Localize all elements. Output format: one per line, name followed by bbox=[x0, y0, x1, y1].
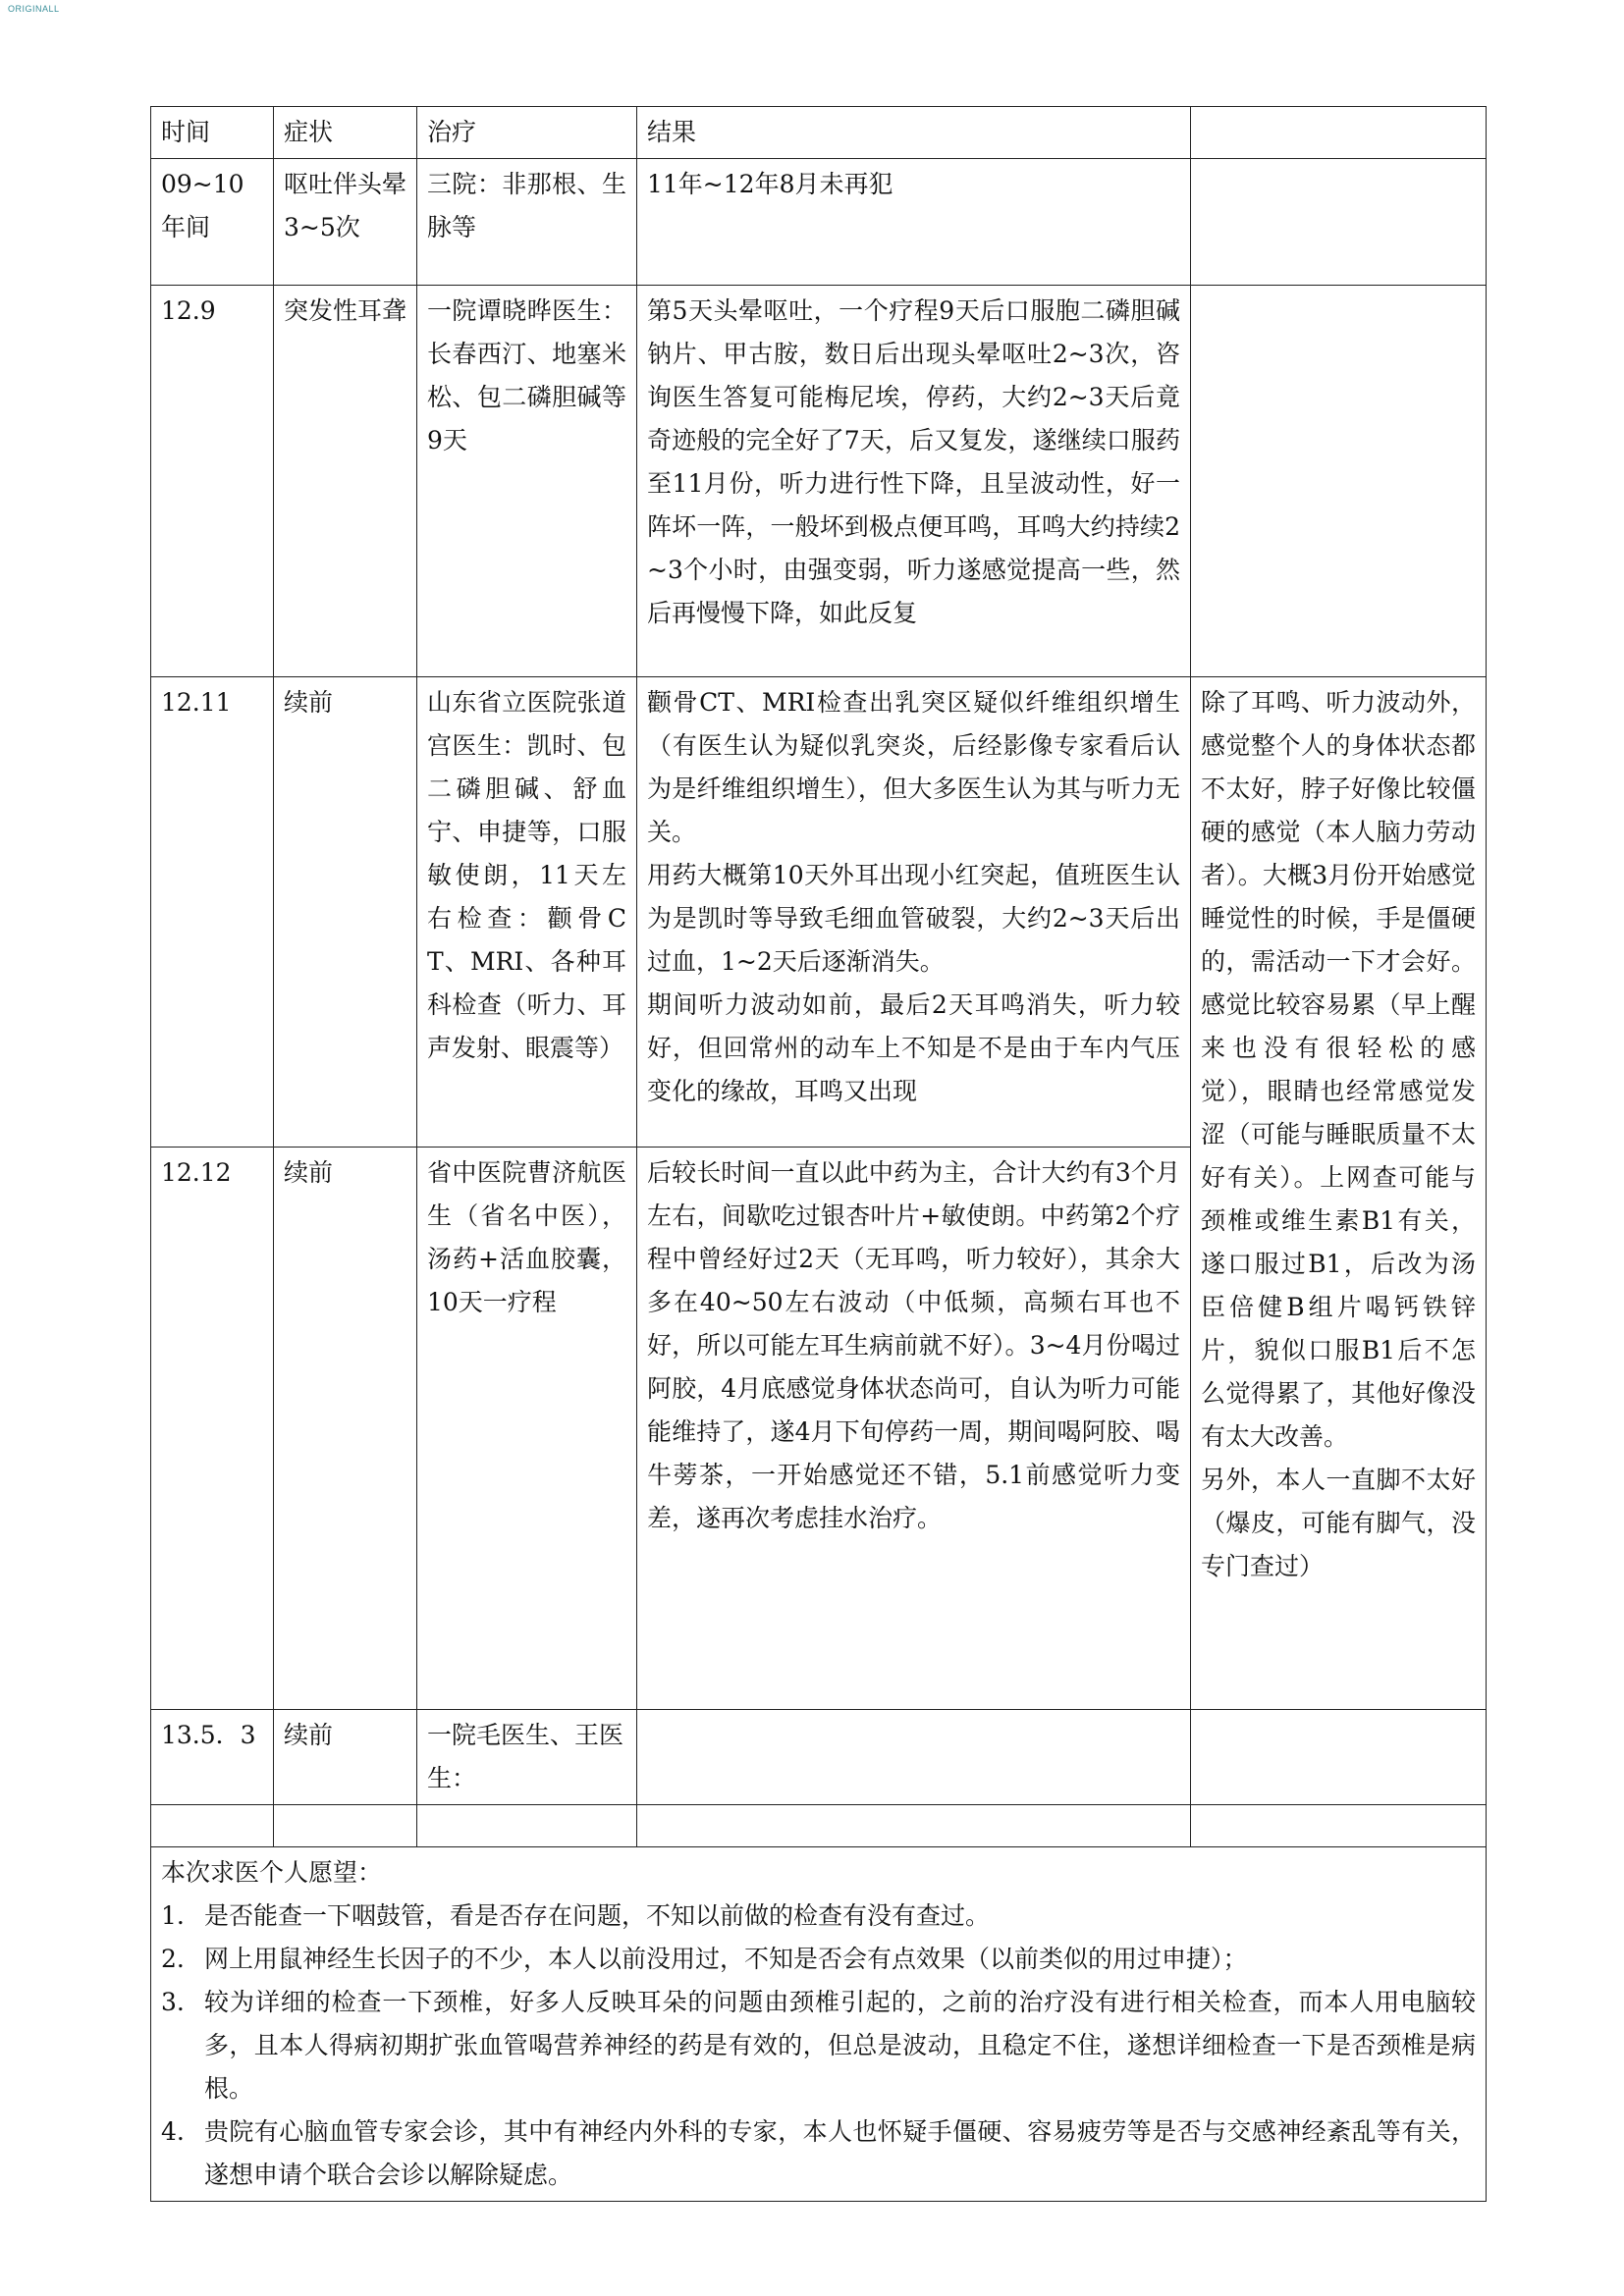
table-row: 12.11 续前 山东省立医院张道宫医生：凯时、包二磷胆碱、舒血宁、申捷等，口服… bbox=[151, 677, 1487, 1148]
cell-treatment: 一院谭晓晔医生：长春西汀、地塞米松、包二磷胆碱等9天 bbox=[417, 286, 637, 677]
wishes-title: 本次求医个人愿望： bbox=[161, 1851, 1476, 1895]
cell-time: 12.11 bbox=[151, 677, 274, 1148]
cell-result: 颧骨CT、MRI检查出乳突区疑似纤维组织增生（有医生认为疑似乳突炎，后经影像专家… bbox=[637, 677, 1191, 1148]
table-row: 13.5．3 续前 一院毛医生、王医生： bbox=[151, 1710, 1487, 1805]
cell-result bbox=[637, 1710, 1191, 1805]
wish-item: 1. 是否能查一下咽鼓管，看是否存在问题，不知以前做的检查有没有查过。 bbox=[161, 1895, 1476, 1938]
cell-result: 11年~12年8月未再犯 bbox=[637, 159, 1191, 286]
cell-symptom: 续前 bbox=[274, 677, 417, 1148]
wish-item: 3. 较为详细的检查一下颈椎，好多人反映耳朵的问题由颈椎引起的，之前的治疗没有进… bbox=[161, 1981, 1476, 2110]
wish-number: 2. bbox=[161, 1938, 204, 1981]
cell-time bbox=[151, 1805, 274, 1847]
cell-time: 12.12 bbox=[151, 1148, 274, 1710]
cell-result: 后较长时间一直以此中药为主，合计大约有3个月左右，间歇吃过银杏叶片+敏使朗。中药… bbox=[637, 1148, 1191, 1710]
result-paragraph: 颧骨CT、MRI检查出乳突区疑似纤维组织增生（有医生认为疑似乳突炎，后经影像专家… bbox=[647, 681, 1180, 854]
watermark-logo: ORIGINALL bbox=[8, 4, 60, 14]
cell-note bbox=[1191, 159, 1487, 286]
table-row-empty bbox=[151, 1805, 1487, 1847]
header-time: 时间 bbox=[151, 107, 274, 159]
header-note bbox=[1191, 107, 1487, 159]
cell-note bbox=[1191, 1710, 1487, 1805]
cell-treatment: 山东省立医院张道宫医生：凯时、包二磷胆碱、舒血宁、申捷等，口服敏使朗，11天左右… bbox=[417, 677, 637, 1148]
medical-history-table: 时间 症状 治疗 结果 09~10年间 呕吐伴头晕3~5次 三院：非那根、生脉等… bbox=[150, 106, 1487, 2202]
table-row: 12.9 突发性耳聋 一院谭晓晔医生：长春西汀、地塞米松、包二磷胆碱等9天 第5… bbox=[151, 286, 1487, 677]
table-row: 09~10年间 呕吐伴头晕3~5次 三院：非那根、生脉等 11年~12年8月未再… bbox=[151, 159, 1487, 286]
wish-item: 4. 贵院有心脑血管专家会诊，其中有神经内外科的专家，本人也怀疑手僵硬、容易疲劳… bbox=[161, 2110, 1476, 2197]
cell-result: 第5天头晕呕吐，一个疗程9天后口服胞二磷胆碱钠片、甲古胺，数日后出现头晕呕吐2~… bbox=[637, 286, 1191, 677]
wish-text: 较为详细的检查一下颈椎，好多人反映耳朵的问题由颈椎引起的，之前的治疗没有进行相关… bbox=[204, 1981, 1476, 2110]
wishes-row: 本次求医个人愿望： 1. 是否能查一下咽鼓管，看是否存在问题，不知以前做的检查有… bbox=[151, 1847, 1487, 2202]
table-header-row: 时间 症状 治疗 结果 bbox=[151, 107, 1487, 159]
wishes-cell: 本次求医个人愿望： 1. 是否能查一下咽鼓管，看是否存在问题，不知以前做的检查有… bbox=[151, 1847, 1487, 2202]
wish-number: 3. bbox=[161, 1981, 204, 2110]
cell-symptom: 呕吐伴头晕3~5次 bbox=[274, 159, 417, 286]
cell-treatment: 三院：非那根、生脉等 bbox=[417, 159, 637, 286]
cell-result bbox=[637, 1805, 1191, 1847]
note-paragraph: 除了耳鸣、听力波动外，感觉整个人的身体状态都不太好，脖子好像比较僵硬的感觉（本人… bbox=[1201, 681, 1476, 1459]
result-paragraph: 用药大概第10天外耳出现小红突起，值班医生认为是凯时等导致毛细血管破裂，大约2~… bbox=[647, 854, 1180, 984]
wish-number: 1. bbox=[161, 1895, 204, 1938]
cell-symptom: 突发性耳聋 bbox=[274, 286, 417, 677]
cell-time: 09~10年间 bbox=[151, 159, 274, 286]
cell-note-merged: 除了耳鸣、听力波动外，感觉整个人的身体状态都不太好，脖子好像比较僵硬的感觉（本人… bbox=[1191, 677, 1487, 1710]
wish-text: 贵院有心脑血管专家会诊，其中有神经内外科的专家，本人也怀疑手僵硬、容易疲劳等是否… bbox=[204, 2110, 1476, 2197]
wish-text: 网上用鼠神经生长因子的不少，本人以前没用过，不知是否会有点效果（以前类似的用过申… bbox=[204, 1938, 1476, 1981]
cell-time: 12.9 bbox=[151, 286, 274, 677]
note-paragraph: 另外，本人一直脚不太好（爆皮，可能有脚气，没专门查过） bbox=[1201, 1459, 1476, 1588]
result-paragraph: 期间听力波动如前，最后2天耳鸣消失，听力较好，但回常州的动车上不知是不是由于车内… bbox=[647, 984, 1180, 1113]
cell-symptom: 续前 bbox=[274, 1710, 417, 1805]
wish-number: 4. bbox=[161, 2110, 204, 2197]
wish-item: 2. 网上用鼠神经生长因子的不少，本人以前没用过，不知是否会有点效果（以前类似的… bbox=[161, 1938, 1476, 1981]
cell-time: 13.5．3 bbox=[151, 1710, 274, 1805]
cell-symptom: 续前 bbox=[274, 1148, 417, 1710]
cell-treatment: 省中医院曹济航医生（省名中医），汤药+活血胶囊，10天一疗程 bbox=[417, 1148, 637, 1710]
cell-note bbox=[1191, 286, 1487, 677]
header-treatment: 治疗 bbox=[417, 107, 637, 159]
cell-treatment bbox=[417, 1805, 637, 1847]
cell-note bbox=[1191, 1805, 1487, 1847]
header-result: 结果 bbox=[637, 107, 1191, 159]
cell-treatment: 一院毛医生、王医生： bbox=[417, 1710, 637, 1805]
wish-text: 是否能查一下咽鼓管，看是否存在问题，不知以前做的检查有没有查过。 bbox=[204, 1895, 1476, 1938]
header-symptom: 症状 bbox=[274, 107, 417, 159]
cell-symptom bbox=[274, 1805, 417, 1847]
